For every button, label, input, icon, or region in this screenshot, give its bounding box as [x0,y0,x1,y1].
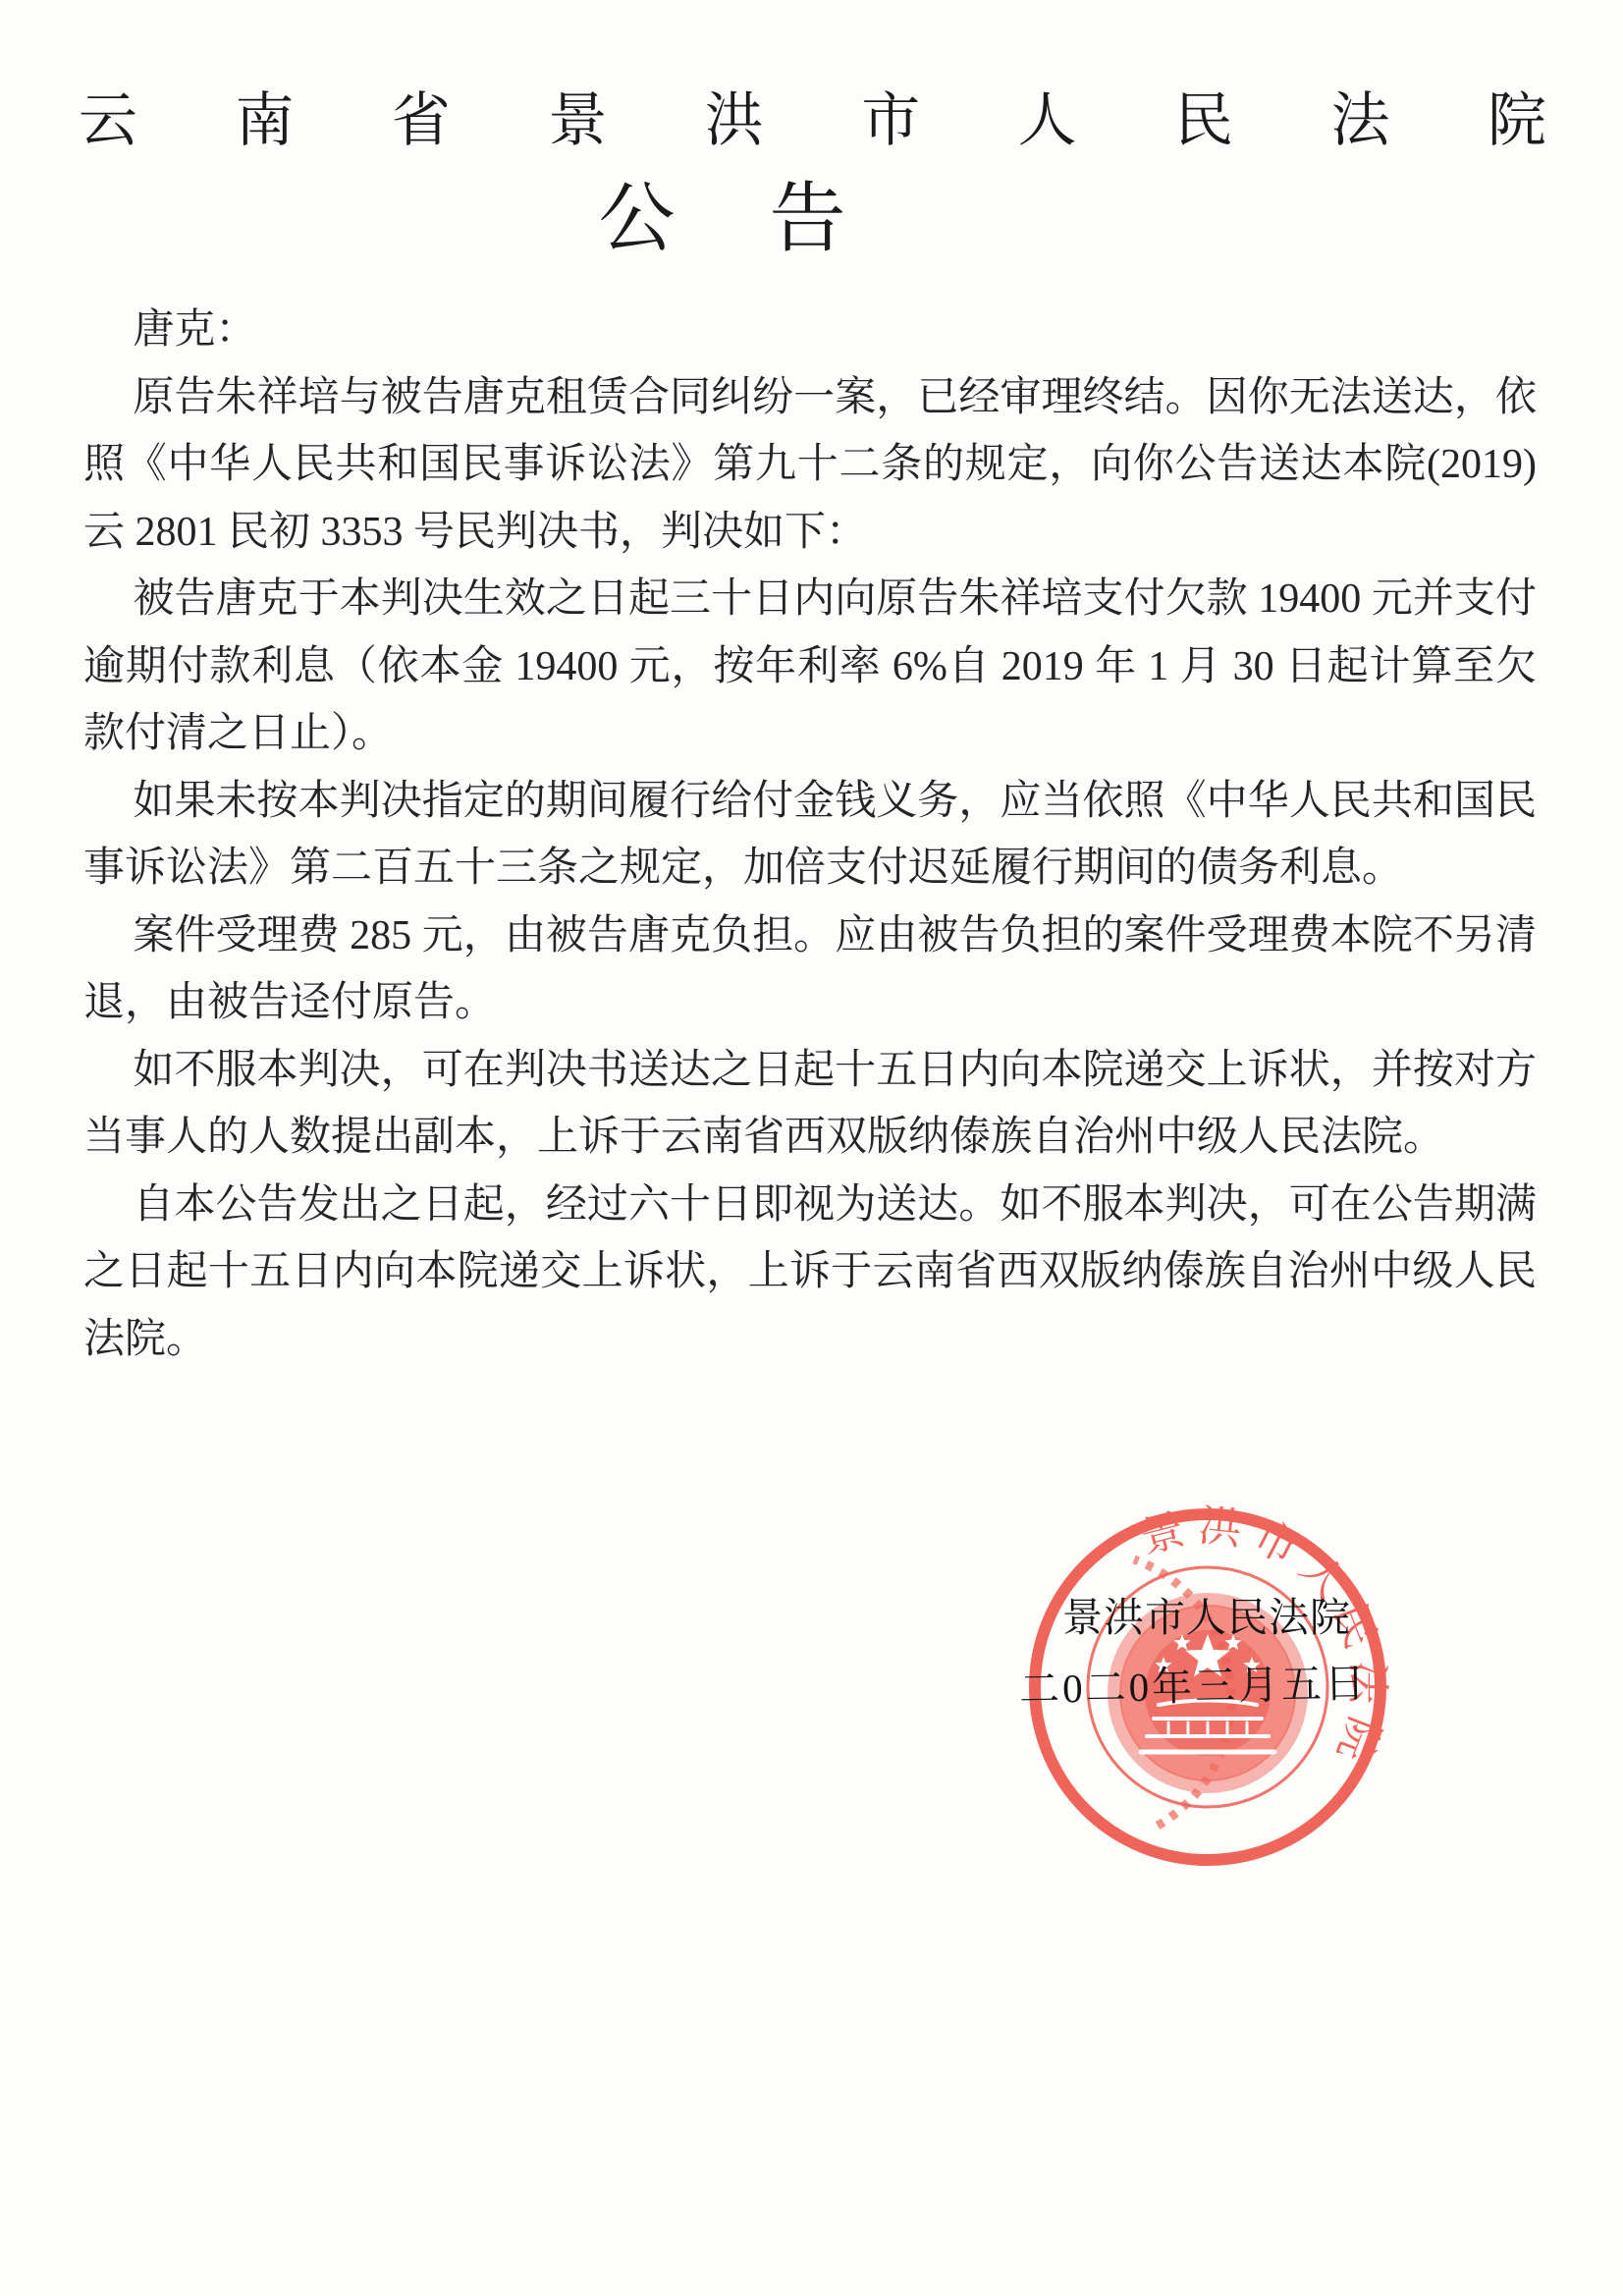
paragraph-judgment: 被告唐克于本判决生效之日起三十日内向原告朱祥培支付欠款 19400 元并支付逾期… [83,566,1537,768]
court-title: 云南省景洪市人民法院 [79,0,1546,153]
document-page: 云南省景洪市人民法院 公告 唐克： 原告朱祥培与被告唐克租赁合同纠纷一案，已经审… [0,0,1623,2296]
paragraph-appeal: 如不服本判决，可在判决书送达之日起十五日内向本院递交上诉状，并按对方当事人的人数… [83,1037,1537,1172]
signature-seal-area: 景洪市人民法院 [1021,1501,1404,1884]
signature-date: 二0二0年三月五日 [1019,1651,1369,1715]
paragraph-service-period: 自本公告发出之日起，经过六十日即视为送达。如不服本判决，可在公告期满之日起十五日… [83,1172,1537,1374]
document-body: 唐克： 原告朱祥培与被告唐克租赁合同纠纷一案，已经审理终结。因你无法送达，依照《… [83,297,1537,1373]
paragraph-case-summary: 原告朱祥培与被告唐克租赁合同纠纷一案，已经审理终结。因你无法送达，依照《中华人民… [83,364,1537,567]
paragraph-court-fee: 案件受理费 285 元，由被告唐克负担。应由被告负担的案件受理费本院不另清退，由… [83,902,1537,1037]
salutation: 唐克： [83,297,1537,364]
paragraph-delay-interest: 如果未按本判决指定的期间履行给付金钱义务，应当依照《中华人民共和国民事诉讼法》第… [83,768,1537,902]
signature-court-name: 景洪市人民法院 [1062,1585,1351,1643]
notice-title: 公告 [0,181,1581,257]
